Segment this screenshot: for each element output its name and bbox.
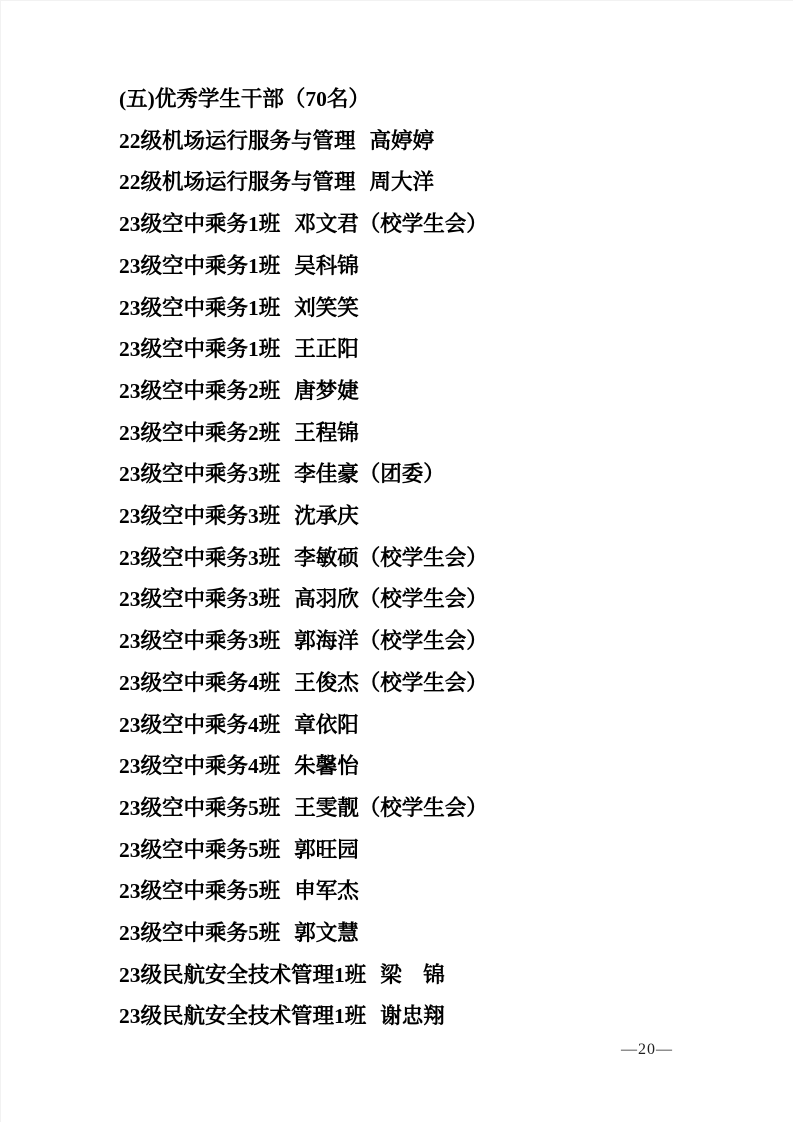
- section-heading: (五)优秀学生干部（70名）: [119, 79, 488, 121]
- student-name: 高羽欣（校学生会）: [294, 587, 488, 611]
- student-name: 王雯靓（校学生会）: [294, 796, 488, 820]
- class-label: 23级民航安全技术管理1班: [119, 963, 366, 987]
- class-label: 23级空中乘务5班: [119, 796, 280, 820]
- list-item: 23级空中乘务3班郭海洋（校学生会）: [119, 621, 488, 663]
- list-item: 23级空中乘务1班刘笑笑: [119, 288, 488, 330]
- list-item: 23级空中乘务1班王正阳: [119, 329, 488, 371]
- class-label: 23级空中乘务1班: [119, 212, 280, 236]
- list-item: 23级空中乘务4班章依阳: [119, 705, 488, 747]
- page-number: —20—: [621, 1041, 673, 1059]
- list-item: 23级空中乘务5班申军杰: [119, 871, 488, 913]
- class-label: 23级空中乘务4班: [119, 754, 280, 778]
- list-item: 23级空中乘务2班唐梦婕: [119, 371, 488, 413]
- class-label: 23级空中乘务1班: [119, 337, 280, 361]
- student-name: 吴科锦: [294, 254, 359, 278]
- student-name: 郭文慧: [294, 921, 359, 945]
- list-item: 23级空中乘务3班李佳豪（团委）: [119, 454, 488, 496]
- student-name: 章依阳: [294, 713, 359, 737]
- list-item: 23级空中乘务2班王程锦: [119, 413, 488, 455]
- class-label: 23级空中乘务1班: [119, 296, 280, 320]
- class-label: 23级空中乘务2班: [119, 379, 280, 403]
- student-name: 梁 锦: [380, 963, 445, 987]
- list-item: 23级空中乘务3班高羽欣（校学生会）: [119, 579, 488, 621]
- list-item: 23级民航安全技术管理1班梁 锦: [119, 955, 488, 997]
- class-label: 22级机场运行服务与管理: [119, 170, 356, 194]
- list-item: 23级空中乘务1班邓文君（校学生会）: [119, 204, 488, 246]
- list-item: 23级空中乘务1班吴科锦: [119, 246, 488, 288]
- list-item: 22级机场运行服务与管理高婷婷: [119, 121, 488, 163]
- student-name: 郭旺园: [294, 838, 359, 862]
- list-item: 23级空中乘务5班郭旺园: [119, 830, 488, 872]
- student-name: 李佳豪（团委）: [294, 462, 445, 486]
- list-item: 23级民航安全技术管理1班谢忠翔: [119, 996, 488, 1038]
- list-item: 22级机场运行服务与管理周大洋: [119, 162, 488, 204]
- document-page: (五)优秀学生干部（70名） 22级机场运行服务与管理高婷婷 22级机场运行服务…: [0, 0, 793, 1122]
- class-label: 23级民航安全技术管理1班: [119, 1004, 366, 1028]
- class-label: 23级空中乘务3班: [119, 462, 280, 486]
- class-label: 23级空中乘务3班: [119, 546, 280, 570]
- student-name: 沈承庆: [294, 504, 359, 528]
- class-label: 23级空中乘务1班: [119, 254, 280, 278]
- student-name: 郭海洋（校学生会）: [294, 629, 488, 653]
- class-label: 23级空中乘务4班: [119, 671, 280, 695]
- list-item: 23级空中乘务3班李敏硕（校学生会）: [119, 538, 488, 580]
- student-name: 朱馨怡: [294, 754, 359, 778]
- student-name: 王程锦: [294, 421, 359, 445]
- class-label: 23级空中乘务3班: [119, 587, 280, 611]
- student-name: 李敏硕（校学生会）: [294, 546, 488, 570]
- class-label: 22级机场运行服务与管理: [119, 129, 356, 153]
- award-list: 22级机场运行服务与管理高婷婷 22级机场运行服务与管理周大洋 23级空中乘务1…: [119, 121, 488, 1038]
- list-item: 23级空中乘务5班王雯靓（校学生会）: [119, 788, 488, 830]
- list-item: 23级空中乘务4班朱馨怡: [119, 746, 488, 788]
- class-label: 23级空中乘务5班: [119, 879, 280, 903]
- document-body: (五)优秀学生干部（70名） 22级机场运行服务与管理高婷婷 22级机场运行服务…: [119, 79, 488, 1038]
- student-name: 唐梦婕: [294, 379, 359, 403]
- class-label: 23级空中乘务5班: [119, 921, 280, 945]
- class-label: 23级空中乘务3班: [119, 629, 280, 653]
- list-item: 23级空中乘务3班沈承庆: [119, 496, 488, 538]
- student-name: 王正阳: [294, 337, 359, 361]
- student-name: 王俊杰（校学生会）: [294, 671, 488, 695]
- list-item: 23级空中乘务4班王俊杰（校学生会）: [119, 663, 488, 705]
- student-name: 邓文君（校学生会）: [294, 212, 488, 236]
- class-label: 23级空中乘务3班: [119, 504, 280, 528]
- student-name: 谢忠翔: [380, 1004, 445, 1028]
- student-name: 高婷婷: [370, 129, 435, 153]
- student-name: 周大洋: [370, 170, 435, 194]
- class-label: 23级空中乘务4班: [119, 713, 280, 737]
- student-name: 申军杰: [294, 879, 359, 903]
- class-label: 23级空中乘务2班: [119, 421, 280, 445]
- student-name: 刘笑笑: [294, 296, 359, 320]
- class-label: 23级空中乘务5班: [119, 838, 280, 862]
- list-item: 23级空中乘务5班郭文慧: [119, 913, 488, 955]
